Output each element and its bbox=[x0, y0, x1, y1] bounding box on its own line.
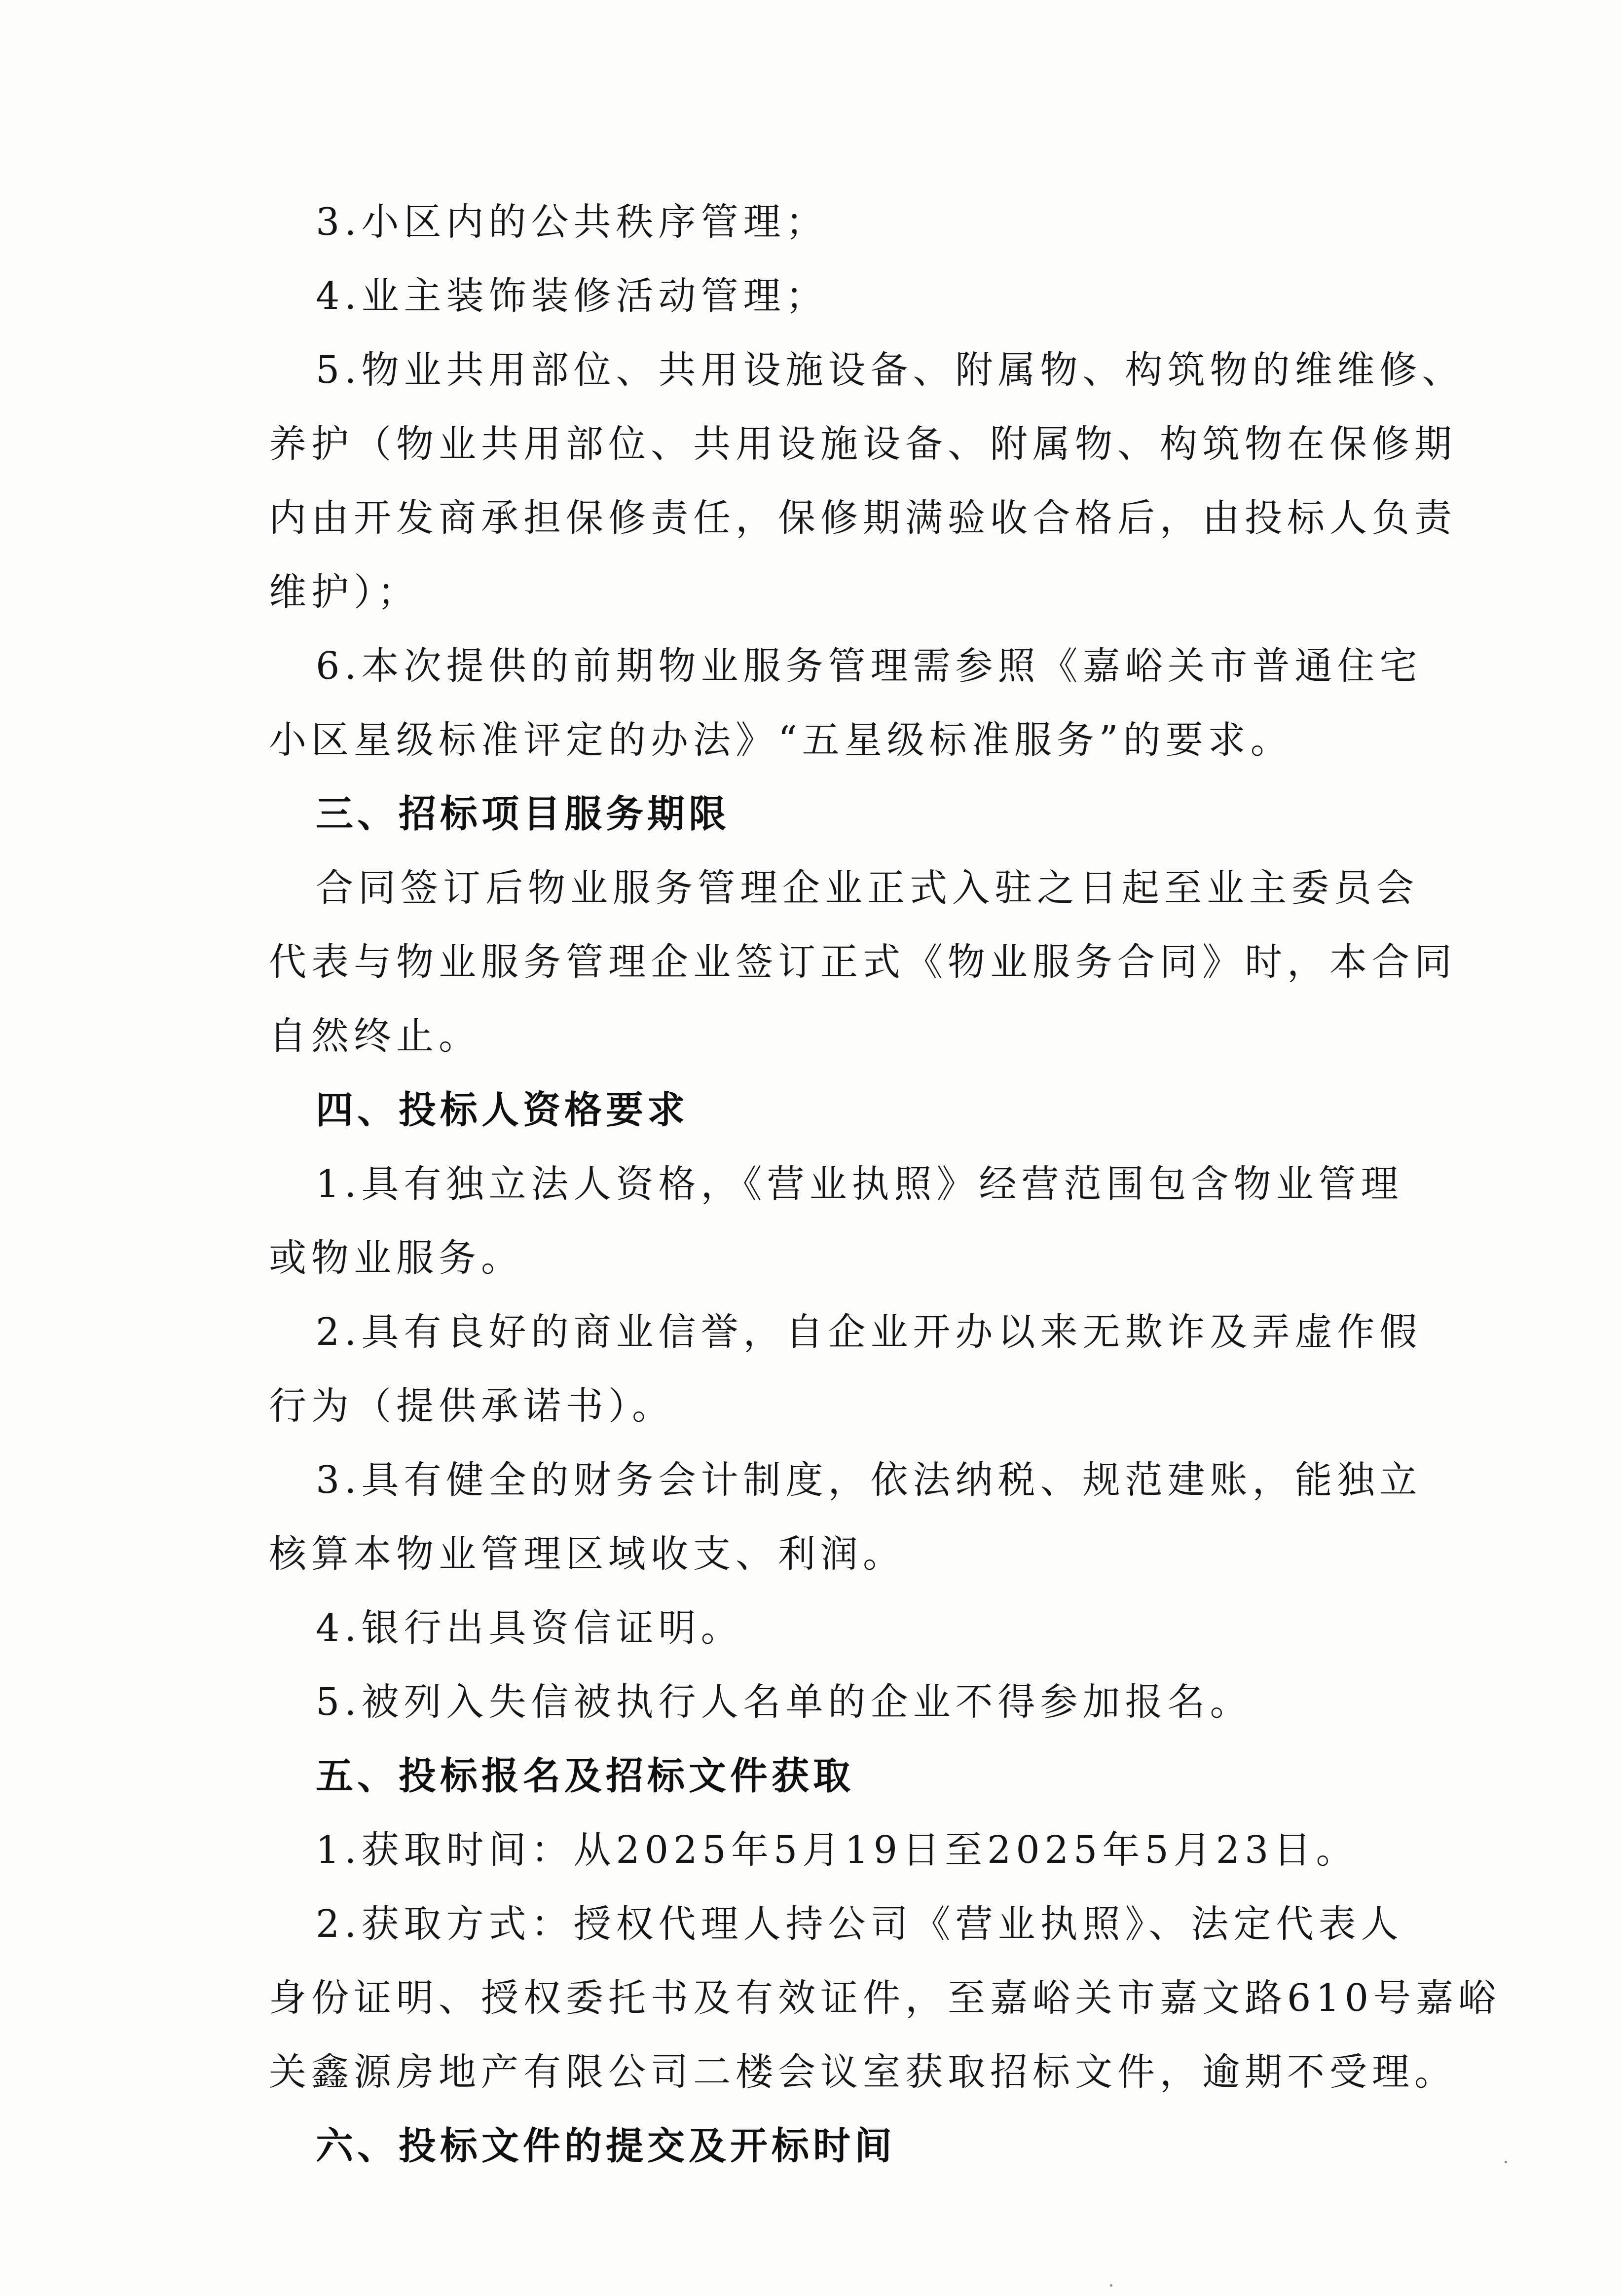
paragraph-line: 内由开发商承担保修责任，保修期满验收合格后，由投标人负责 bbox=[269, 493, 1457, 543]
paragraph-line: 2.具有良好的商业信誉，自企业开办以来无欺诈及弄虚作假 bbox=[316, 1307, 1422, 1357]
paragraph-line: 4.银行出具资信证明。 bbox=[316, 1603, 743, 1653]
paragraph-line: 5.物业共用部位、共用设施设备、附属物、构筑物的维维修、 bbox=[316, 345, 1465, 395]
scan-artifact bbox=[1505, 2161, 1507, 2163]
paragraph-line: 核算本物业管理区域收支、利润。 bbox=[269, 1529, 905, 1579]
paragraph-line: 1.获取时间：从2025年5月19日至2025年5月23日。 bbox=[316, 1825, 1358, 1875]
section-heading: 四、投标人资格要求 bbox=[316, 1085, 689, 1135]
paragraph-line: 或物业服务。 bbox=[269, 1233, 523, 1283]
section-heading: 三、招标项目服务期限 bbox=[316, 789, 730, 839]
section-heading: 五、投标报名及招标文件获取 bbox=[316, 1751, 854, 1801]
paragraph-line: 5.被列入失信被执行人名单的企业不得参加报名。 bbox=[316, 1677, 1253, 1727]
paragraph-line: 合同签订后物业服务管理企业正式入驻之日起至业主委员会 bbox=[316, 863, 1419, 913]
paragraph-line: 3.小区内的公共秩序管理； bbox=[316, 197, 828, 247]
paragraph-line: 养护（物业共用部位、共用设施设备、附属物、构筑物在保修期 bbox=[269, 419, 1457, 469]
paragraph-line: 维护）； bbox=[269, 567, 420, 617]
paragraph-line: 自然终止。 bbox=[269, 1011, 481, 1061]
section-heading: 六、投标文件的提交及开标时间 bbox=[316, 2121, 896, 2171]
paragraph-line: 6.本次提供的前期物业服务管理需参照《嘉峪关市普通住宅 bbox=[316, 641, 1422, 691]
paragraph-line: 2.获取方式：授权代理人持公司《营业执照》、法定代表人 bbox=[316, 1899, 1403, 1949]
paragraph-line: 3.具有健全的财务会计制度，依法纳税、规范建账，能独立 bbox=[316, 1455, 1422, 1505]
paragraph-line: 身份证明、授权委托书及有效证件，至嘉峪关市嘉文路610号嘉峪 bbox=[269, 1973, 1501, 2023]
paragraph-line: 关鑫源房地产有限公司二楼会议室获取招标文件，逾期不受理。 bbox=[269, 2047, 1457, 2097]
paragraph-line: 行为（提供承诺书）。 bbox=[269, 1381, 674, 1431]
paragraph-line: 代表与物业服务管理企业签订正式《物业服务合同》时，本合同 bbox=[269, 937, 1457, 987]
document-page: 3.小区内的公共秩序管理；4.业主装饰装修活动管理；5.物业共用部位、共用设施设… bbox=[0, 0, 1622, 2296]
paragraph-line: 4.业主装饰装修活动管理； bbox=[316, 271, 828, 321]
paragraph-line: 1.具有独立法人资格，《营业执照》经营范围包含物业管理 bbox=[316, 1159, 1403, 1209]
paragraph-line: 小区星级标准评定的办法》“五星级标准服务”的要求。 bbox=[269, 715, 1293, 765]
scan-artifact bbox=[1110, 2284, 1112, 2287]
